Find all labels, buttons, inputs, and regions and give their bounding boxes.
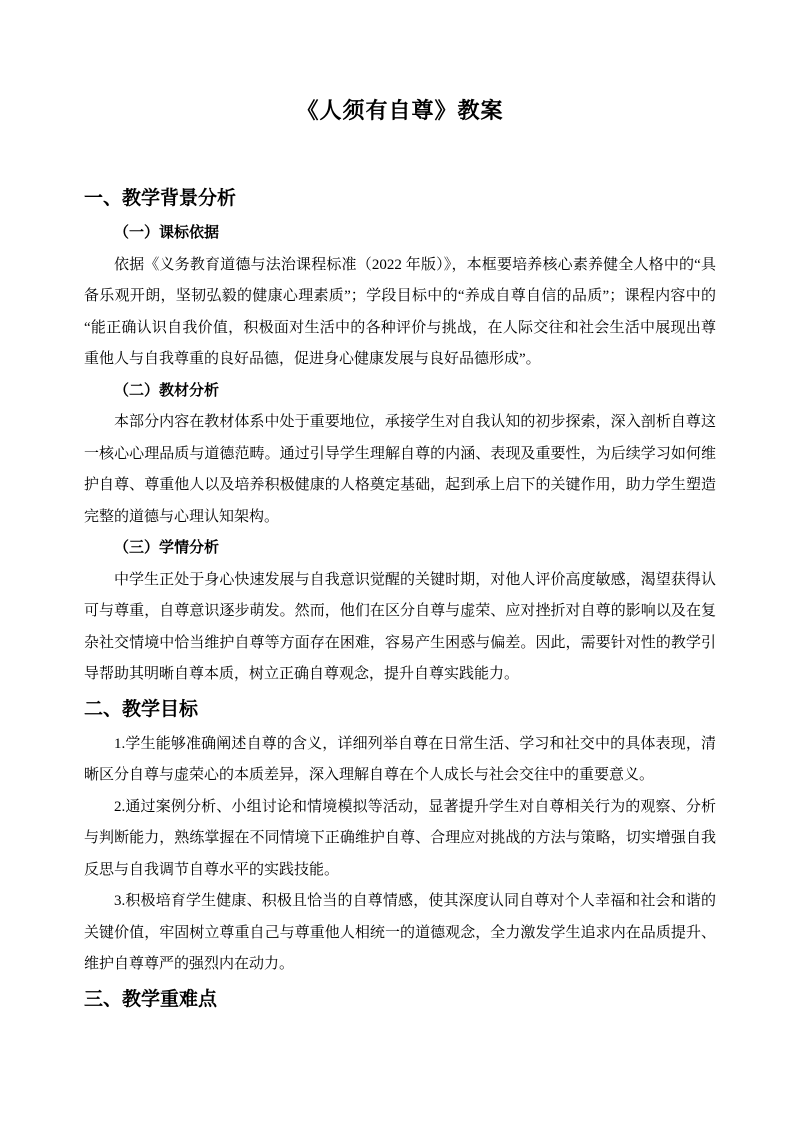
subsection-heading-textbook-analysis: （二）教材分析 bbox=[84, 376, 716, 408]
document-title: 《人须有自尊》教案 bbox=[84, 94, 716, 128]
body-paragraph-goal-1: 1.学生能够准确阐述自尊的含义，详细列举自尊在日常生活、学习和社交中的具体表现，… bbox=[84, 729, 716, 792]
section-heading-teaching-goals: 二、教学目标 bbox=[84, 691, 716, 729]
body-paragraph-learner-analysis: 中学生正处于身心快速发展与自我意识觉醒的关键时期，对他人评价高度敏感，渴望获得认… bbox=[84, 565, 716, 691]
section-heading-key-difficult-points: 三、教学重难点 bbox=[84, 981, 716, 1019]
body-paragraph-goal-2: 2.通过案例分析、小组讨论和情境模拟等活动，显著提升学生对自尊相关行为的观察、分… bbox=[84, 792, 716, 887]
subsection-heading-curriculum-basis: （一）课标依据 bbox=[84, 218, 716, 250]
body-paragraph-textbook-analysis: 本部分内容在教材体系中处于重要地位，承接学生对自我认知的初步探索，深入剖析自尊这… bbox=[84, 407, 716, 533]
section-heading-teaching-background: 一、教学背景分析 bbox=[84, 180, 716, 218]
body-paragraph-curriculum-basis: 依据《义务教育道德与法治课程标准（2022 年版）》，本框要培养核心素养健全人格… bbox=[84, 250, 716, 376]
body-paragraph-goal-3: 3.积极培育学生健康、积极且恰当的自尊情感，使其深度认同自尊对个人幸福和社会和谐… bbox=[84, 886, 716, 981]
document-page: 《人须有自尊》教案 一、教学背景分析 （一）课标依据 依据《义务教育道德与法治课… bbox=[0, 0, 794, 1123]
subsection-heading-learner-analysis: （三）学情分析 bbox=[84, 533, 716, 565]
